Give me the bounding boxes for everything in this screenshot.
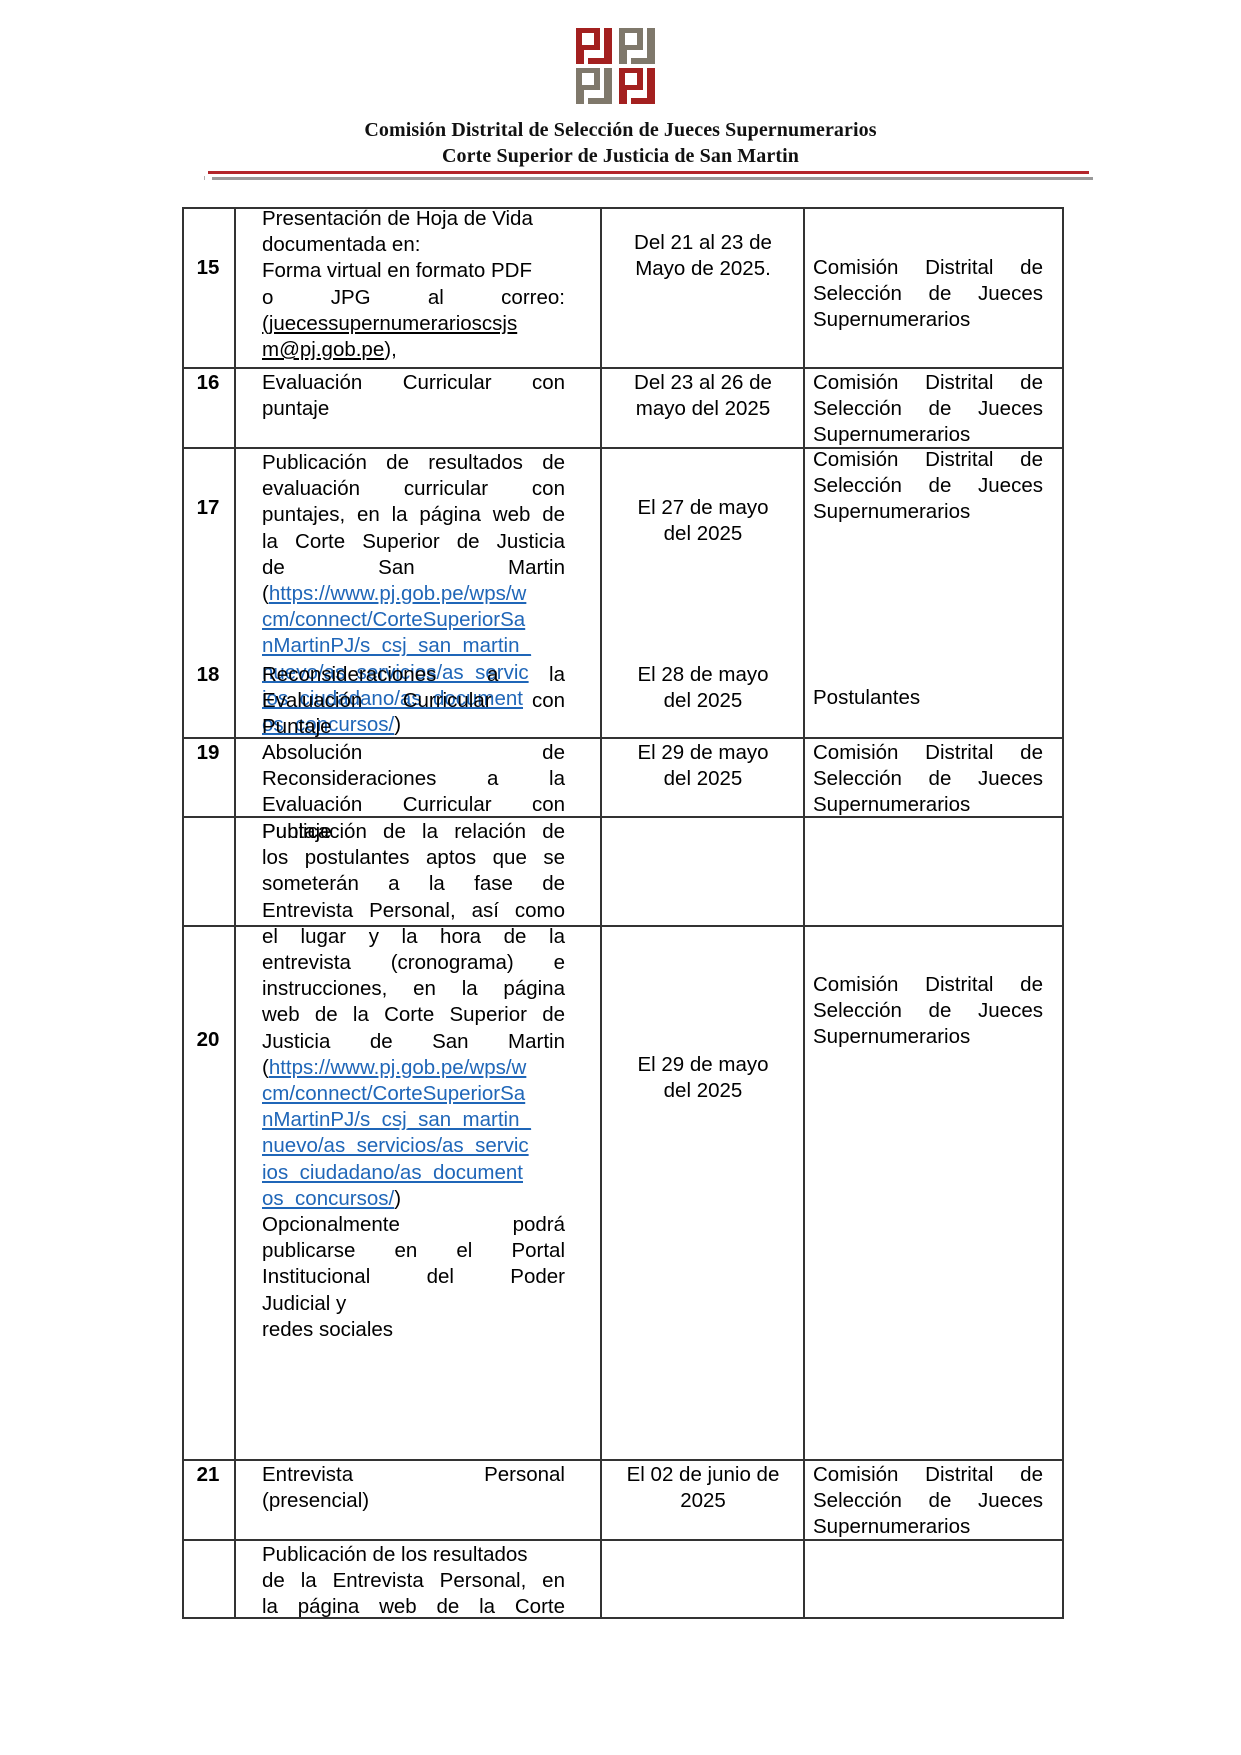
date-cell: El 29 de mayo del 2025 (602, 1052, 804, 1104)
date-cell: El 28 de mayo del 2025 (602, 662, 804, 714)
shortlist-page-link[interactable]: nMartinPJ/s_csj_san_martin_ (262, 1108, 531, 1131)
shortlist-page-link[interactable]: os_concursos/ (262, 1187, 394, 1210)
activity-description: Evaluación Curricular con puntaje (262, 370, 565, 422)
activity-description: Presentación de Hoja de Vida documentada… (262, 206, 565, 363)
responsible-cell: Comisión Distrital de Selección de Juece… (813, 740, 1043, 819)
activity-description: Reconsideraciones a la Evaluación Curric… (262, 662, 565, 741)
activity-description: Entrevista Personal (presencial) (262, 1462, 565, 1514)
responsible-cell: Comisión Distrital de Selección de Juece… (813, 370, 1043, 449)
shortlist-page-link[interactable]: https://www.pj.gob.pe/wps/w (269, 1056, 527, 1079)
date-cell: El 27 de mayo del 2025 (602, 495, 804, 547)
responsible-cell: Comisión Distrital de Selección de Juece… (813, 255, 1043, 334)
header-court-title: Corte Superior de Justicia de San Martin (0, 145, 1241, 168)
header-commission-title: Comisión Distrital de Selección de Juece… (0, 119, 1241, 142)
table-border (182, 367, 1064, 369)
row-number: 17 (182, 495, 234, 521)
results-page-link[interactable]: cm/connect/CorteSuperiorSa (262, 608, 525, 631)
row-number: 20 (182, 1027, 234, 1053)
responsible-cell: Comisión Distrital de Selección de Juece… (813, 447, 1043, 526)
row-number: 16 (182, 370, 234, 396)
responsible-cell: Postulantes (813, 685, 1043, 711)
responsible-cell: Comisión Distrital de Selección de Juece… (813, 972, 1043, 1051)
date-cell: El 02 de junio de 2025 (602, 1462, 804, 1514)
schedule-table: 15 Presentación de Hoja de Vida document… (182, 207, 1064, 1619)
activity-description: Publicación de la relación de los postul… (262, 819, 565, 1343)
responsible-cell: Comisión Distrital de Selección de Juece… (813, 1462, 1043, 1541)
results-page-link[interactable]: https://www.pj.gob.pe/wps/w (269, 582, 527, 605)
header-gray-rule (212, 177, 1093, 180)
pj-logo-icon (575, 27, 657, 105)
shortlist-page-link[interactable]: nuevo/as_servicios/as_servic (262, 1134, 529, 1157)
table-border (234, 207, 236, 1619)
date-cell: El 29 de mayo del 2025 (602, 740, 804, 792)
row-number: 19 (182, 740, 234, 766)
row-number: 21 (182, 1462, 234, 1488)
date-cell: Del 21 al 23 de Mayo de 2025. (602, 230, 804, 282)
email-link[interactable]: m@pj.gob.pe (262, 338, 384, 361)
shortlist-page-link[interactable]: ios_ciudadano/as_document (262, 1161, 523, 1184)
row-number: 15 (182, 255, 234, 281)
email-link[interactable]: (juecessupernumerarioscsjs (262, 312, 517, 335)
results-page-link[interactable]: nMartinPJ/s_csj_san_martin_ (262, 634, 531, 657)
header-red-rule (208, 171, 1089, 174)
date-cell: Del 23 al 26 de mayo del 2025 (602, 370, 804, 422)
table-border (182, 207, 184, 1619)
row-number: 18 (182, 662, 234, 688)
activity-description: Publicación de los resultados de la Entr… (262, 1542, 565, 1621)
table-border (182, 1459, 1064, 1461)
shortlist-page-link[interactable]: cm/connect/CorteSuperiorSa (262, 1082, 525, 1105)
table-border (1062, 207, 1064, 1619)
header-rule-tick (204, 176, 205, 180)
